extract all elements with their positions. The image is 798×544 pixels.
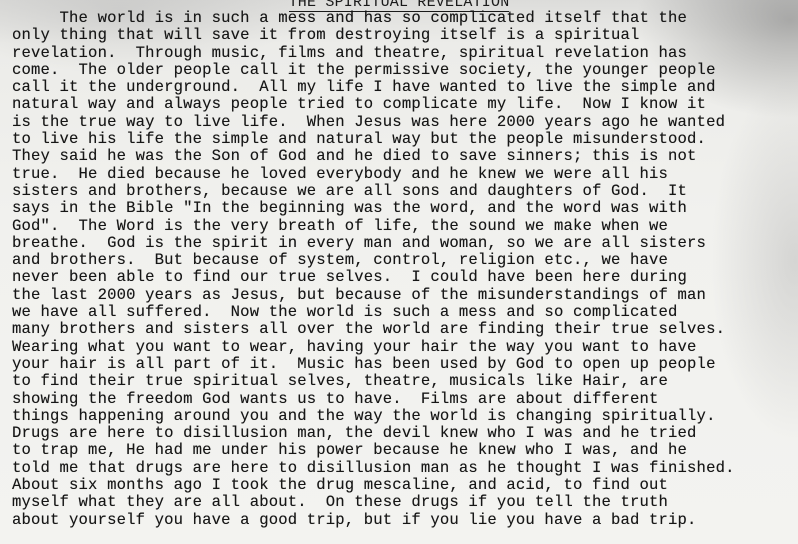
text-line: showing the freedom God wants us to have… <box>12 391 798 408</box>
text-line: natural way and always people tried to c… <box>12 96 798 113</box>
text-line: revelation. Through music, films and the… <box>12 45 798 62</box>
text-line: told me that drugs are here to disillusi… <box>12 460 798 477</box>
text-line: and brothers. But because of system, con… <box>12 252 798 269</box>
text-line: many brothers and sisters all over the w… <box>12 321 798 338</box>
text-line: They said he was the Son of God and he d… <box>12 148 798 165</box>
text-line: About six months ago I took the drug mes… <box>12 477 798 494</box>
text-line: come. The older people call it the permi… <box>12 62 798 79</box>
text-line: call it the underground. All my life I h… <box>12 79 798 96</box>
text-line: only thing that will save it from destro… <box>12 27 798 44</box>
text-line: the last 2000 years as Jesus, but becaus… <box>12 287 798 304</box>
text-line: says in the Bible "In the beginning was … <box>12 200 798 217</box>
text-line: is the true way to live life. When Jesus… <box>12 114 798 131</box>
text-line: myself what they are all about. On these… <box>12 494 798 511</box>
text-line: The world is in such a mess and has so c… <box>12 10 798 27</box>
text-line: never been able to find our true selves.… <box>12 269 798 286</box>
text-line: breathe. God is the spirit in every man … <box>12 235 798 252</box>
text-line: things happening around you and the way … <box>12 408 798 425</box>
text-line: sisters and brothers, because we are all… <box>12 183 798 200</box>
text-line: your hair is all part of it. Music has b… <box>12 356 798 373</box>
text-line: to live his life the simple and natural … <box>12 131 798 148</box>
text-line: Wearing what you want to wear, having yo… <box>12 339 798 356</box>
text-line: Drugs are here to disillusion man, the d… <box>12 425 798 442</box>
text-line: God". The Word is the very breath of lif… <box>12 218 798 235</box>
text-line: to trap me, He had me under his power be… <box>12 442 798 459</box>
text-line: to find their true spiritual selves, the… <box>12 373 798 390</box>
document-body: The world is in such a mess and has so c… <box>12 10 798 529</box>
text-line: we have all suffered. Now the world is s… <box>12 304 798 321</box>
text-line: about yourself you have a good trip, but… <box>12 512 798 529</box>
typewritten-page: THE SPIRITUAL REVELATION The world is in… <box>0 0 798 544</box>
text-line: true. He died because he loved everybody… <box>12 166 798 183</box>
